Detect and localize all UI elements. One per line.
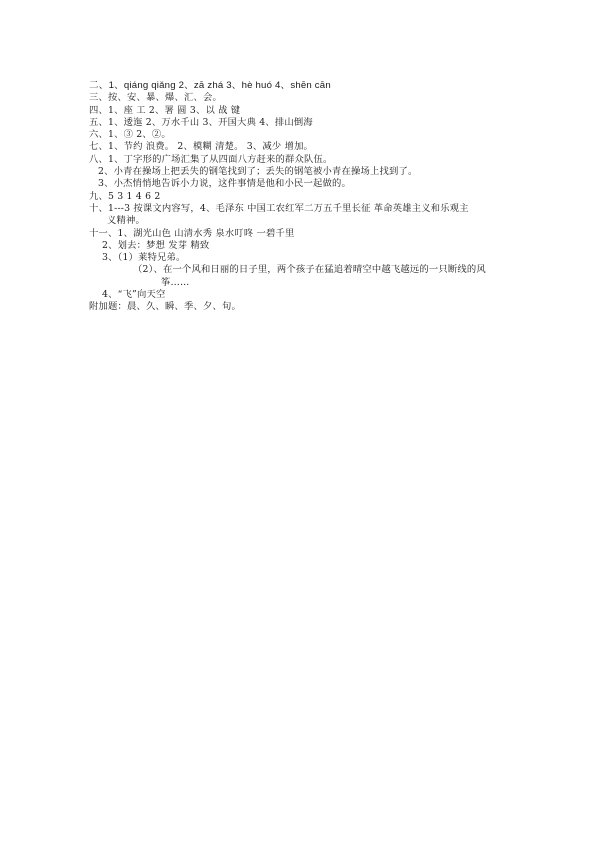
answer-section-11-item-2: 2、划去：梦想 发芽 精致 — [89, 240, 519, 252]
answer-section-11-item-1: 十一、1、湖光山色 山清水秀 泉水叮咚 一碧千里 — [89, 228, 519, 240]
answer-section-2-pinyin: 二、1、qiáng qiǎng 2、zā zhá 3、hè huó 4、shēn… — [89, 80, 519, 92]
answer-section-7: 七、1、节约 浪费。 2、模糊 清楚。 3、减少 增加。 — [89, 141, 519, 153]
answer-section-10: 十、1---3 按课文内容写，4、毛泽东 中国工农红军二万五千里长征 革命英雄主… — [89, 203, 519, 215]
answer-section-11-item-3-1: 3、（1）莱特兄弟。 — [89, 252, 519, 264]
answer-bonus-question: 附加题：晨、久、瞬、季、夕、旬。 — [89, 301, 519, 313]
answer-section-8-item-1: 八、1、丁字形的广场汇集了从四面八方赶来的群众队伍。 — [89, 154, 519, 166]
answer-section-3: 三、按、安、暴、爆、汇、会。 — [89, 92, 519, 104]
answer-section-5: 五、1、逶迤 2、万水千山 3、开国大典 4、排山倒海 — [89, 117, 519, 129]
answer-section-11-item-4: 4、“飞”向天空 — [89, 289, 519, 301]
answer-section-11-item-3-2-continued: 筝…… — [89, 277, 519, 289]
answer-section-6: 六、1、③ 2、②。 — [89, 129, 519, 141]
answer-section-10-continued: 义精神。 — [89, 215, 519, 227]
answer-key-document: 二、1、qiáng qiǎng 2、zā zhá 3、hè huó 4、shēn… — [89, 80, 519, 314]
answer-section-9: 九、5 3 1 4 6 2 — [89, 191, 519, 203]
answer-section-11-item-3-2: （2）、在一个风和日丽的日子里，两个孩子在猛追着晴空中越飞越远的一只断线的风 — [89, 264, 519, 276]
answer-section-8-item-2: 2、小青在操场上把丢失的钢笔找到了；丢失的钢笔被小青在操场上找到了。 — [89, 166, 519, 178]
answer-section-4: 四、1、座 工 2、署 圆 3、以 战 键 — [89, 105, 519, 117]
answer-section-8-item-3: 3、小杰悄悄地告诉小力说，这件事情是他和小民一起做的。 — [89, 178, 519, 190]
